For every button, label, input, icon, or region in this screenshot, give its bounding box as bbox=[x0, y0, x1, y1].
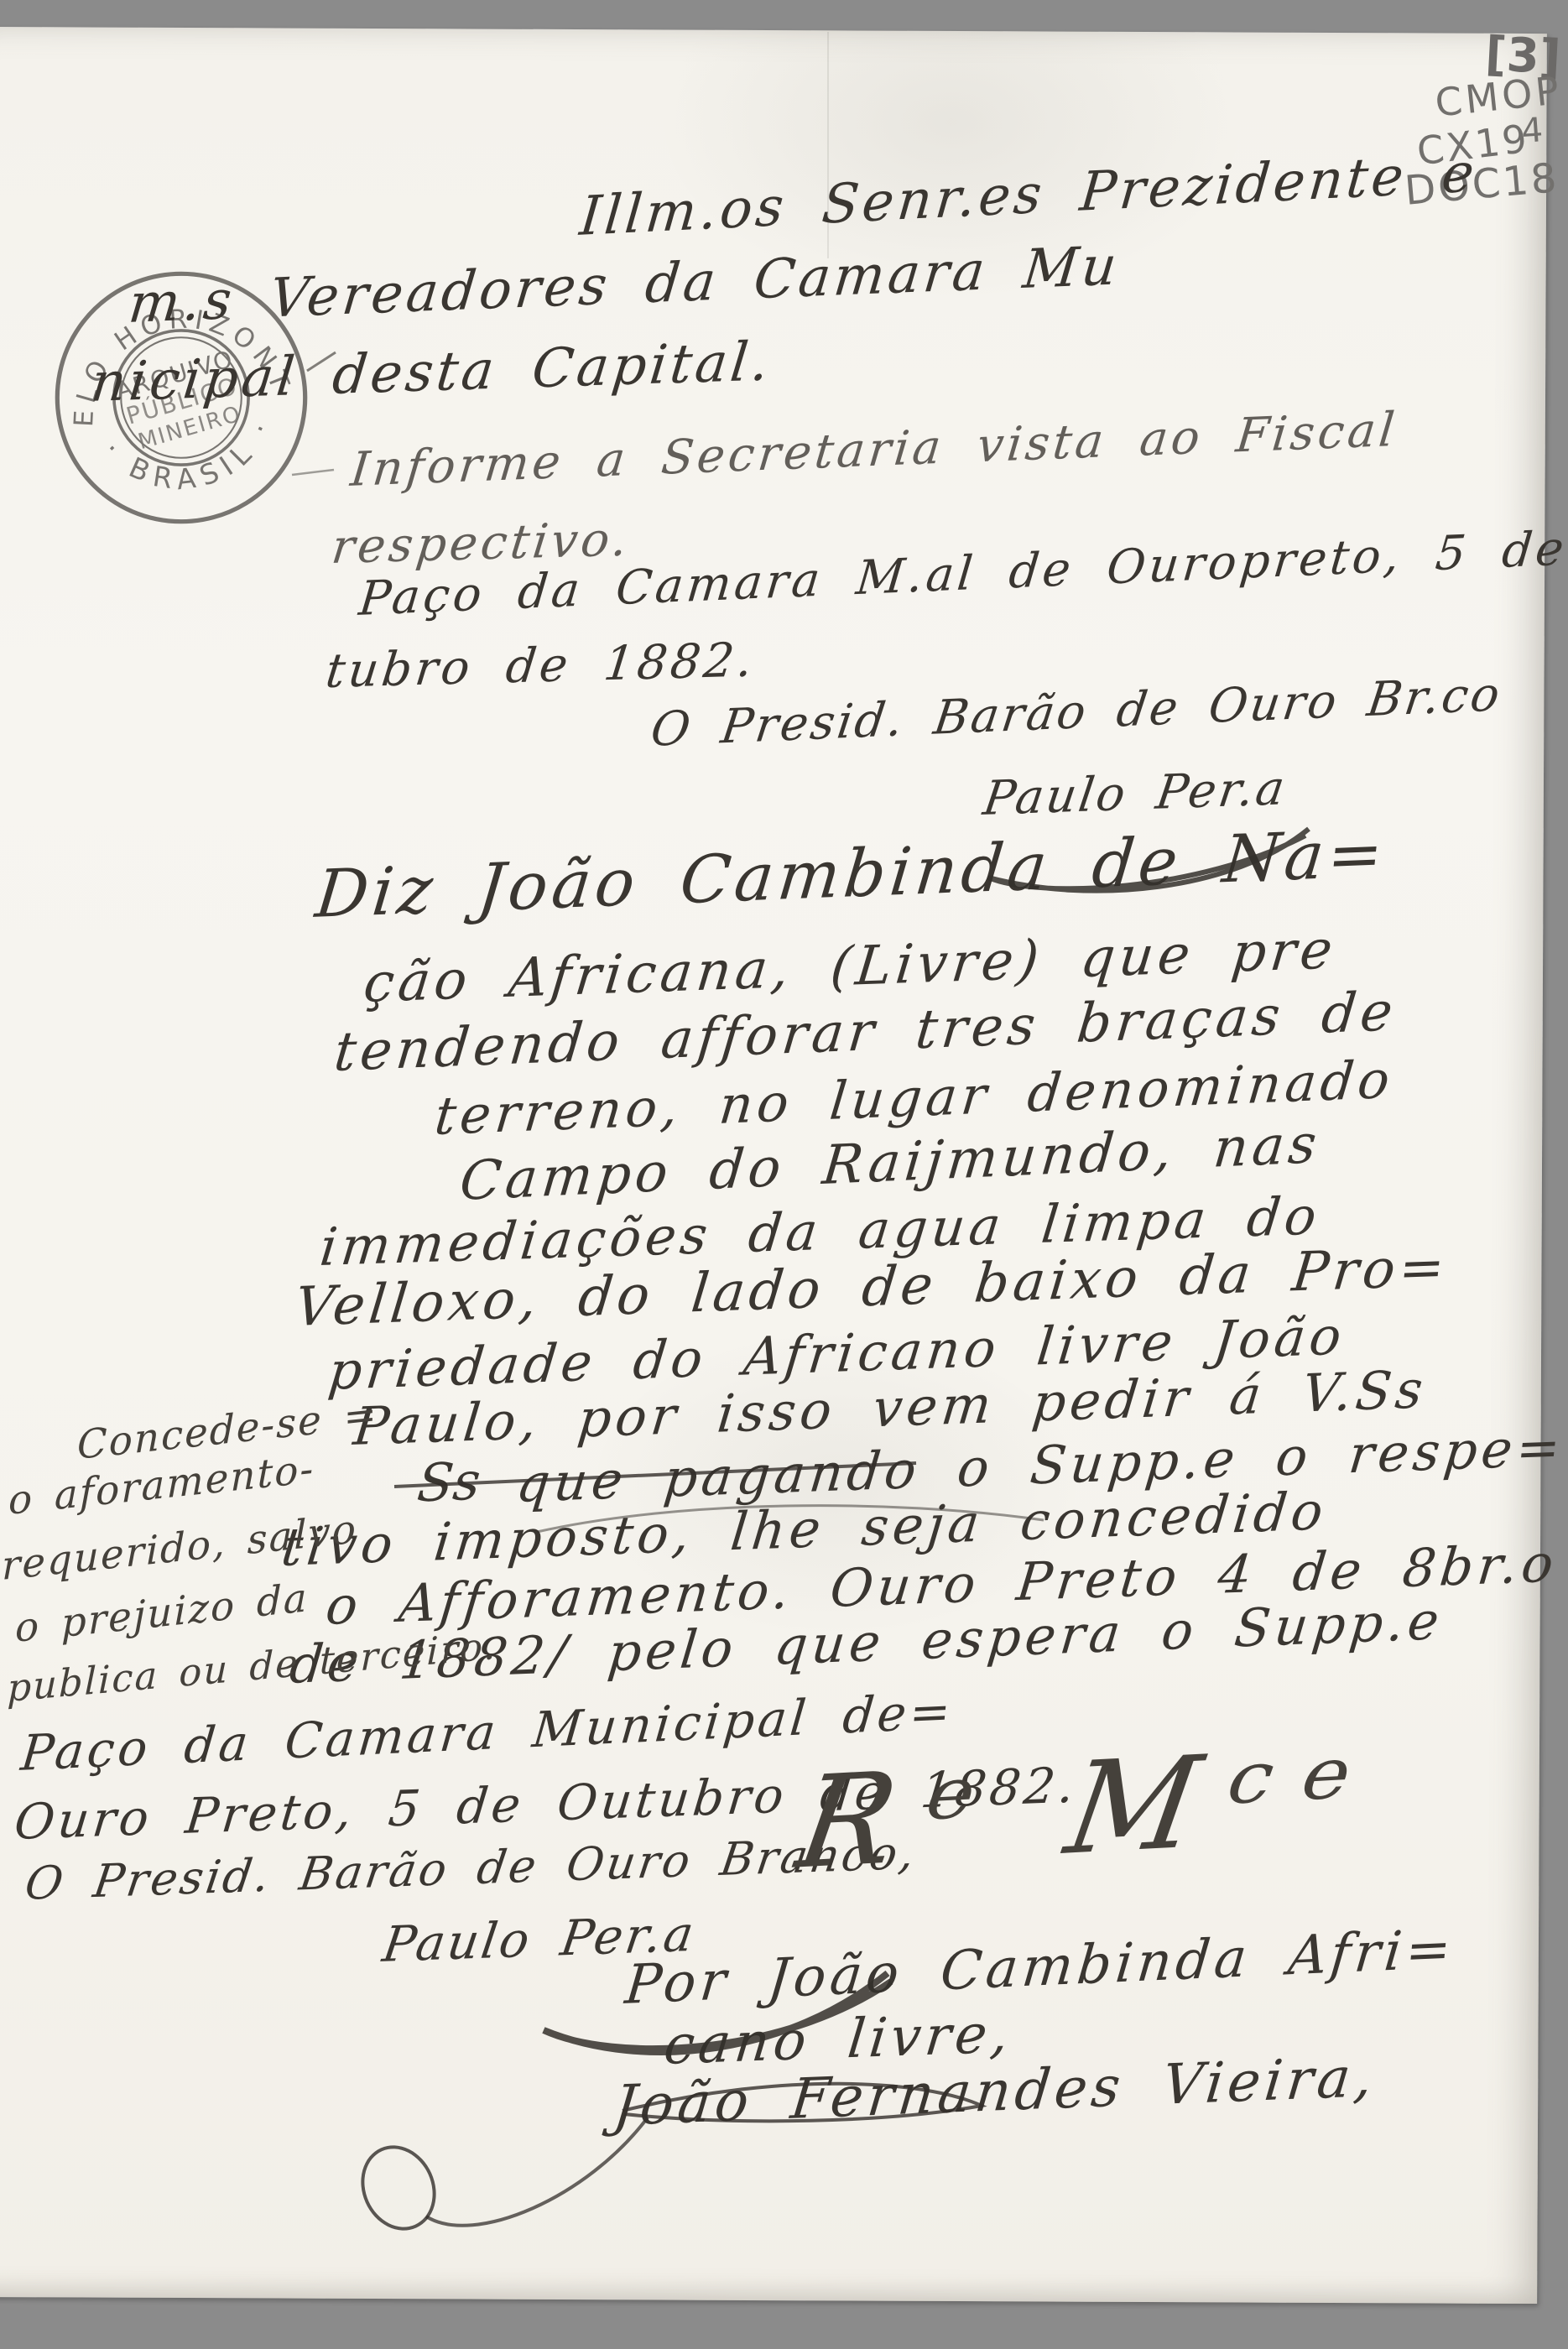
petition-struck-word: Ss bbox=[414, 1451, 483, 1514]
dispatch-secretary-signature: Paulo Per.a bbox=[980, 761, 1290, 826]
dispatch-line-4: tubro de 1882. bbox=[323, 633, 758, 699]
